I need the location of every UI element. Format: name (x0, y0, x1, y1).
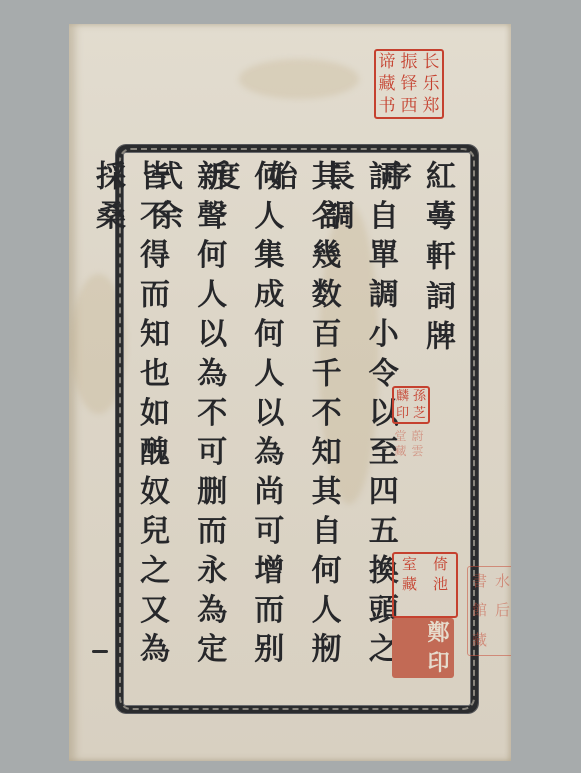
seal-char: 长 (423, 54, 440, 71)
seal-char: 藏 (379, 76, 396, 93)
seal-char: 麟 (396, 390, 409, 403)
name-seal: 鄭 印 (392, 618, 454, 678)
text-column-3: 何人集成何人以為尚可增而别度 (243, 160, 287, 700)
seal-char: 館 (472, 603, 487, 618)
seal-char: 芝 (413, 407, 426, 420)
seal-char: 鄭 (428, 622, 450, 644)
folio-number-mark (92, 650, 108, 653)
seal-char: 后 (495, 603, 510, 618)
seal-char: 蔚 (412, 430, 424, 442)
seal-char: 堂 (395, 430, 407, 442)
collection-seal: 倚 池 室 藏 (392, 552, 458, 618)
seal-char: 郑 (423, 98, 440, 115)
margin-seal: 水 后 書 館 藏 (467, 566, 511, 656)
document-viewer: 长 乐 郑 振 铎 西 谛 藏 书 紅蕚軒詞牌序 詞自單調小令以至四五換頭之長調… (0, 0, 581, 773)
text-column-5: 皆不得而知也如醜奴兒之又為採桑 (129, 160, 173, 700)
document-title: 紅蕚軒詞牌序 (415, 160, 459, 390)
seal-char: 水 (495, 574, 510, 589)
paper-stain (239, 59, 359, 99)
seal-char: 池 (433, 577, 448, 592)
seal-char: 书 (379, 98, 396, 115)
seal-char: 藏 (395, 445, 407, 457)
book-page: 长 乐 郑 振 铎 西 谛 藏 书 紅蕚軒詞牌序 詞自單調小令以至四五換頭之長調… (69, 24, 511, 761)
collector-seal-top: 长 乐 郑 振 铎 西 谛 藏 书 (374, 49, 444, 119)
text-column-4: 新聲何人以為不可删而永為定式余 (186, 160, 230, 700)
seal-char: 雲 (412, 445, 424, 457)
seal-char: 西 (401, 98, 418, 115)
seal-char: 铎 (401, 76, 418, 93)
seal-char: 印 (396, 407, 409, 420)
seal-char: 倚 (433, 557, 448, 572)
seal-char: 書 (472, 574, 487, 589)
seal-char: 藏 (472, 633, 487, 648)
faint-seal: 蔚 雲 堂 藏 (392, 428, 426, 458)
seal-char: 乐 (423, 76, 440, 93)
author-seal: 孫 芝 麟 印 (392, 386, 430, 424)
seal-char: 室 (402, 557, 417, 572)
seal-char: 谛 (379, 54, 396, 71)
seal-char: 孫 (413, 390, 426, 403)
text-column-2: 其名幾数百千不知其自何人剏始 (301, 160, 345, 700)
seal-char: 印 (428, 652, 450, 674)
seal-char: 振 (401, 54, 418, 71)
seal-char: 藏 (402, 577, 417, 592)
